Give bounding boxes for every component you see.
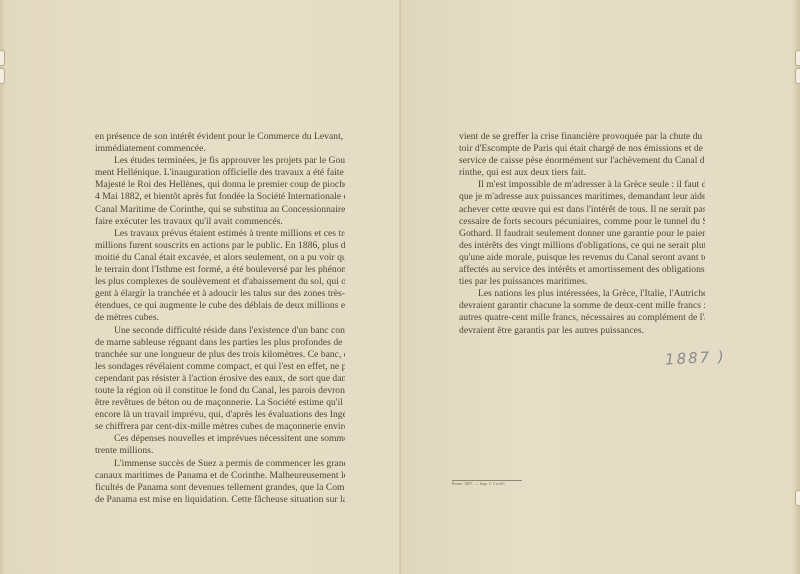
handwritten-year-note: 1887 )	[665, 347, 727, 368]
left-page: en présence de son intérêt évident pour …	[0, 0, 400, 574]
binding-hole	[795, 490, 800, 506]
text-line: service de caisse pèse énormément sur l'…	[459, 155, 705, 167]
printer-imprint: Rome, 1887. — Imp. J. Civelli.	[452, 480, 522, 486]
page-edge-shadow	[0, 0, 6, 574]
right-text-column: vient de se greffer la crise financière …	[459, 131, 705, 337]
text-line: Canal Maritime de Corinthe, qui se subst…	[95, 204, 345, 216]
binding-hole	[795, 68, 800, 84]
text-line: Majesté le Roi des Hellènes, qui donna l…	[95, 179, 345, 191]
page-edge-shadow	[792, 0, 800, 574]
text-line: ties par les puissances maritimes.	[459, 276, 705, 288]
text-line: les sondages révélaient comme compact, e…	[95, 361, 345, 373]
text-line: canaux maritimes de Panama et de Corinth…	[95, 470, 345, 482]
text-line: tranchée sur une longueur de plus des tr…	[95, 349, 345, 361]
text-line: cessaire de forts secours pécuniaires, c…	[459, 216, 705, 228]
text-line: les plus complexes de soulèvement et d'a…	[95, 276, 345, 288]
binding-hole	[795, 50, 800, 66]
text-line: autres quatre-cent mille francs, nécessa…	[459, 312, 705, 324]
text-line: encore là un travail imprévu, qui, d'apr…	[95, 409, 345, 421]
text-line: des intérêts des vingt millions d'obliga…	[459, 240, 705, 252]
text-line: en présence de son intérêt évident pour …	[95, 131, 345, 143]
left-text-column: en présence de son intérêt évident pour …	[95, 131, 345, 506]
text-line: devraient garantir chacune la somme de d…	[459, 300, 705, 312]
text-line: de marne sableuse régnant dans les parti…	[95, 337, 345, 349]
text-line: ment Hellénique. L'inauguration officiel…	[95, 167, 345, 179]
text-line: se chiffrera par cent-dix-mille mètres c…	[95, 421, 345, 433]
text-line: Ces dépenses nouvelles et imprévues néce…	[95, 433, 345, 445]
center-fold	[399, 0, 401, 574]
text-line: ficultés de Panama sont devenues telleme…	[95, 482, 345, 494]
text-line: trente millions.	[95, 445, 345, 457]
text-line: devraient être garantis par les autres p…	[459, 325, 705, 337]
text-line: de mètres cubes.	[95, 312, 345, 324]
text-line: Les études terminées, je fis approuver l…	[95, 155, 345, 167]
text-line: Les travaux prévus étaient estimés à tre…	[95, 228, 345, 240]
text-line: 4 Mai 1882, et bientôt après fut fondée …	[95, 191, 345, 203]
text-line: que je m'adresse aux puissances maritime…	[459, 191, 705, 203]
text-line: millions furent souscrits en actions par…	[95, 240, 345, 252]
text-line: faire exécuter les travaux qu'il avait c…	[95, 216, 345, 228]
text-line: Il m'est impossible de m'adresser à la G…	[459, 179, 705, 191]
text-line: achever cette œuvre qui est dans l'intér…	[459, 204, 705, 216]
text-line: gent à élargir la tranchée et à adoucir …	[95, 288, 345, 300]
text-line: L'immense succès de Suez a permis de com…	[95, 458, 345, 470]
text-line: Gothard. Il faudrait seulement donner un…	[459, 228, 705, 240]
text-line: étendues, ce qui augmente le cube des dé…	[95, 300, 345, 312]
binding-hole	[0, 50, 5, 66]
text-line: qu'une aide morale, puisque les revenus …	[459, 252, 705, 264]
text-line: Les nations les plus intéressées, la Grè…	[459, 288, 705, 300]
text-line: vient de se greffer la crise financière …	[459, 131, 705, 143]
text-line: le terrain dont l'Isthme est formé, a ét…	[95, 264, 345, 276]
text-line: être revêtues de béton ou de maçonnerie.…	[95, 397, 345, 409]
document-spread: en présence de son intérêt évident pour …	[0, 0, 800, 574]
text-line: de Panama est mise en liquidation. Cette…	[95, 494, 345, 506]
binding-hole	[0, 68, 5, 84]
text-line: moitié du Canal était excavée, et alors …	[95, 252, 345, 264]
text-line: immédiatement commencée.	[95, 143, 345, 155]
text-line: toute la région où il constitue le fond …	[95, 385, 345, 397]
text-line: toir d'Escompte de Paris qui était charg…	[459, 143, 705, 155]
text-line: affectés au service des intérêts et amor…	[459, 264, 705, 276]
right-page: vient de se greffer la crise financière …	[400, 0, 800, 574]
text-line: rinthe, qui est aux deux tiers fait.	[459, 167, 705, 179]
text-line: Une seconde difficulté réside dans l'exi…	[95, 325, 345, 337]
text-line: cependant pas résister à l'action érosiv…	[95, 373, 345, 385]
